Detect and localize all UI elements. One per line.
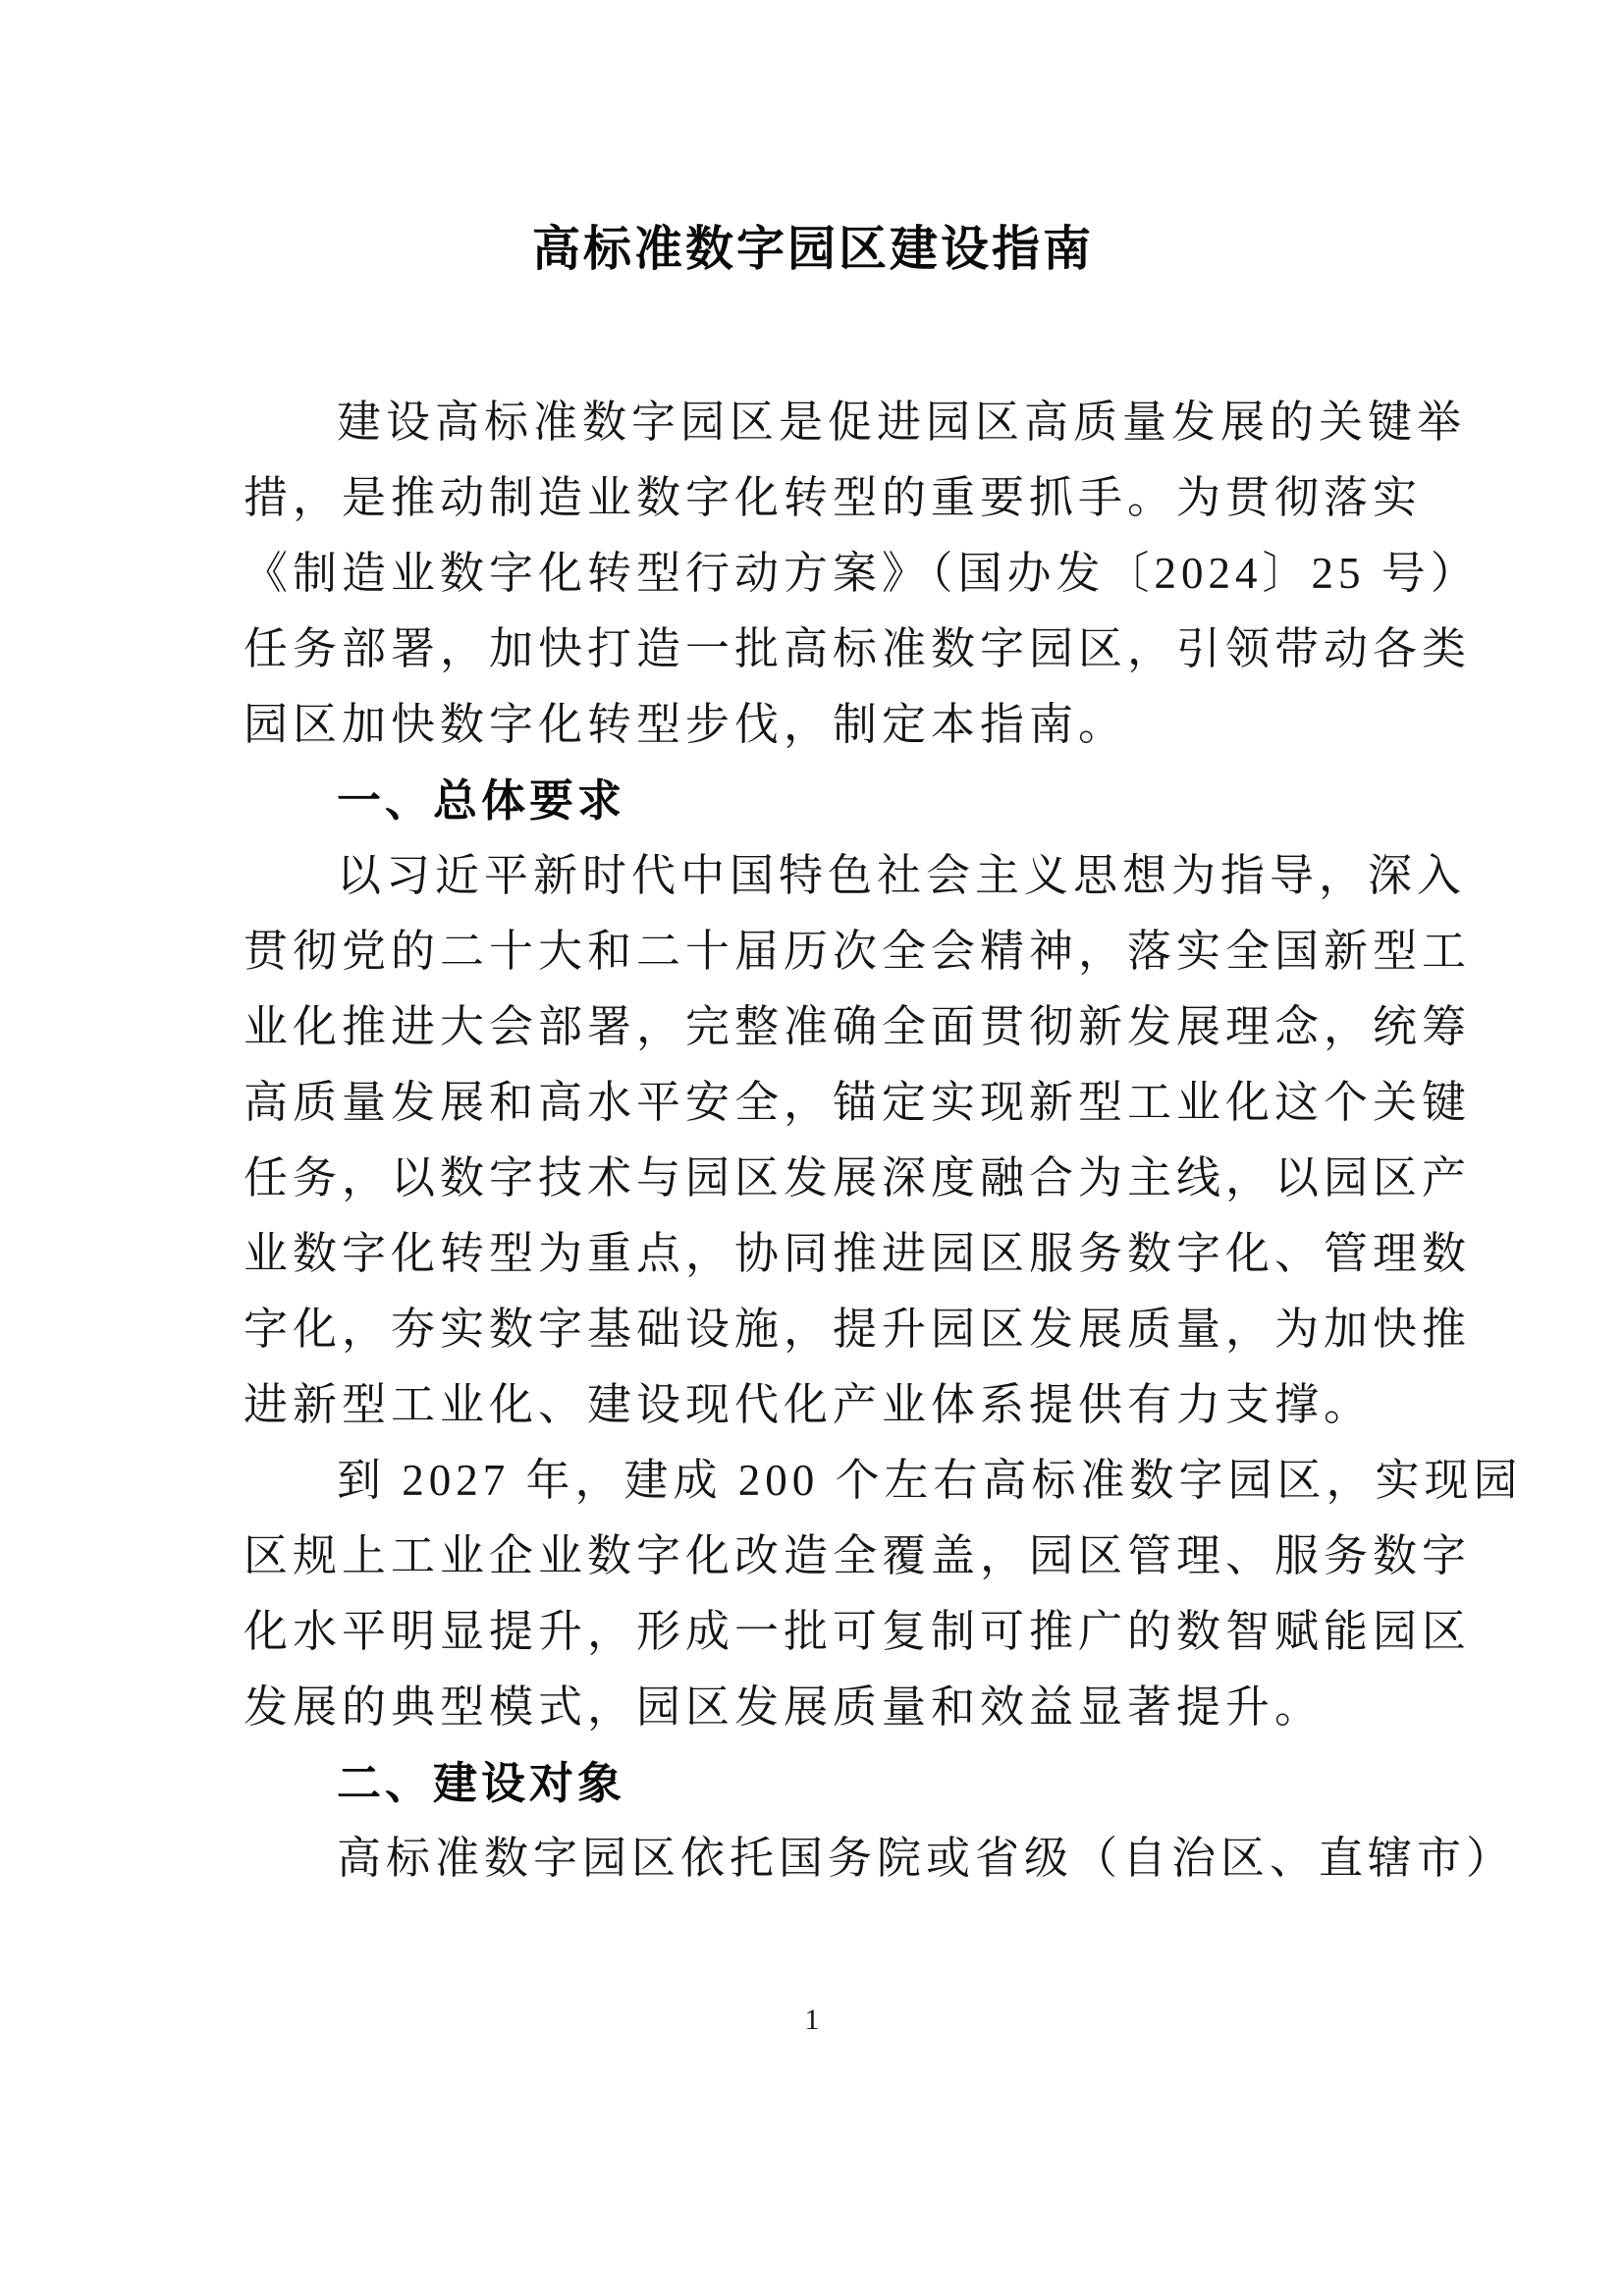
body-line: 高标准数字园区依托国务院或省级（自治区、直辖市） <box>244 1821 1382 1896</box>
body-line: 《制造业数字化转型行动方案》（国办发〔2024〕25 号） <box>244 536 1382 612</box>
section-heading-1: 一、总体要求 <box>244 763 1382 838</box>
body-line: 业数字化转型为重点，协同推进园区服务数字化、管理数 <box>244 1216 1382 1292</box>
section-heading-2: 二、建设对象 <box>244 1745 1382 1821</box>
body-line: 业化推进大会部署，完整准确全面贯彻新发展理念，统筹 <box>244 989 1382 1065</box>
doc-title: 高标准数字园区建设指南 <box>244 218 1382 281</box>
body-line: 高质量发展和高水平安全，锚定实现新型工业化这个关键 <box>244 1065 1382 1141</box>
body-line: 任务，以数字技术与园区发展深度融合为主线，以园区产 <box>244 1141 1382 1216</box>
page-number: 1 <box>0 2001 1624 2040</box>
body-line: 园区加快数字化转型步伐，制定本指南。 <box>244 687 1382 763</box>
body-line: 贯彻党的二十大和二十届历次全会精神，落实全国新型工 <box>244 914 1382 989</box>
body-line: 化水平明显提升，形成一批可复制可推广的数智赋能园区 <box>244 1594 1382 1670</box>
body-line: 进新型工业化、建设现代化产业体系提供有力支撑。 <box>244 1367 1382 1443</box>
body-line: 发展的典型模式，园区发展质量和效益显著提升。 <box>244 1670 1382 1745</box>
document-page: 高标准数字园区建设指南 建设高标准数字园区是促进园区高质量发展的关键举 措，是推… <box>0 0 1624 2296</box>
doc-body: 建设高标准数字园区是促进园区高质量发展的关键举 措，是推动制造业数字化转型的重要… <box>244 385 1382 1896</box>
body-line: 字化，夯实数字基础设施，提升园区发展质量，为加快推 <box>244 1292 1382 1367</box>
body-line: 措，是推动制造业数字化转型的重要抓手。为贯彻落实 <box>244 460 1382 536</box>
body-line: 建设高标准数字园区是促进园区高质量发展的关键举 <box>244 385 1382 460</box>
body-line: 到 2027 年，建成 200 个左右高标准数字园区，实现园 <box>244 1443 1382 1519</box>
body-line: 区规上工业企业数字化改造全覆盖，园区管理、服务数字 <box>244 1519 1382 1594</box>
body-line: 以习近平新时代中国特色社会主义思想为指导，深入 <box>244 838 1382 914</box>
body-line: 任务部署，加快打造一批高标准数字园区，引领带动各类 <box>244 612 1382 687</box>
